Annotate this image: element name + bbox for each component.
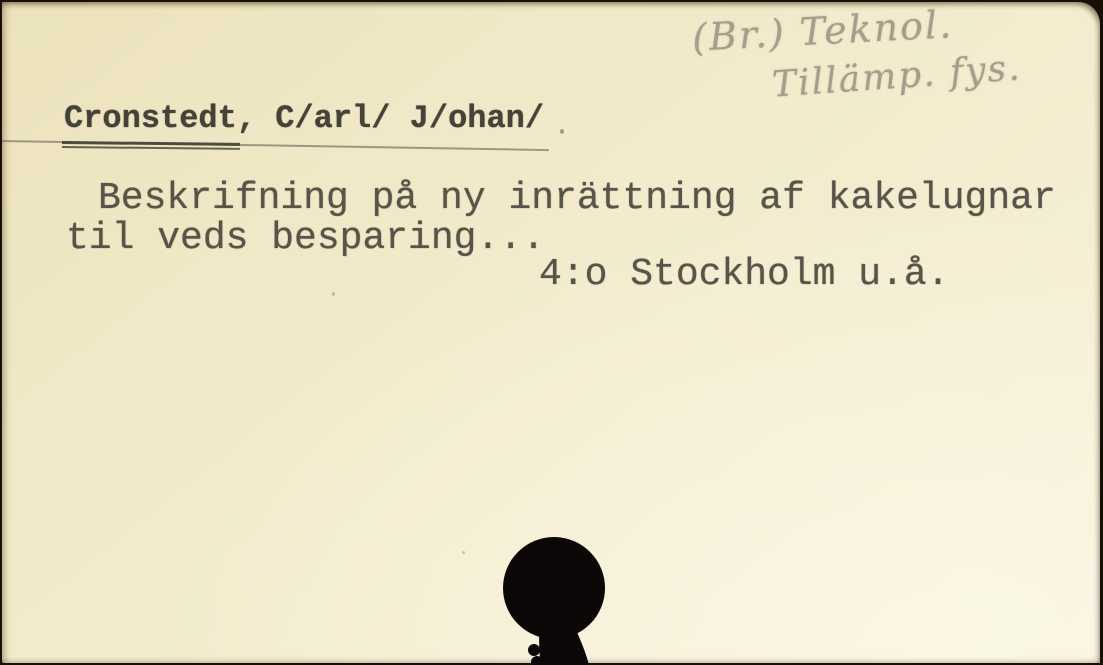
author-heading: Cronstedt, C/arl/ J/ohan/ bbox=[64, 103, 544, 135]
handwritten-classification-line2: Tillämp. fys. bbox=[771, 50, 1023, 103]
punch-hole bbox=[470, 512, 660, 665]
handwritten-classification-line1: (Br.) Teknol. bbox=[691, 5, 954, 57]
title-line-1: Beskrifning på ny inrättning af kakelugn… bbox=[98, 180, 1056, 218]
author-underline bbox=[62, 141, 240, 150]
scanned-catalog-card-page: (Br.) Teknol. Tillämp. fys. Cronstedt, C… bbox=[0, 0, 1103, 665]
ink-speck bbox=[332, 292, 335, 296]
imprint-line: 4:o Stockholm u.å. bbox=[539, 256, 949, 294]
ink-speck bbox=[560, 129, 564, 134]
ink-speck bbox=[462, 551, 465, 554]
title-line-2: til veds besparing... bbox=[66, 220, 545, 258]
